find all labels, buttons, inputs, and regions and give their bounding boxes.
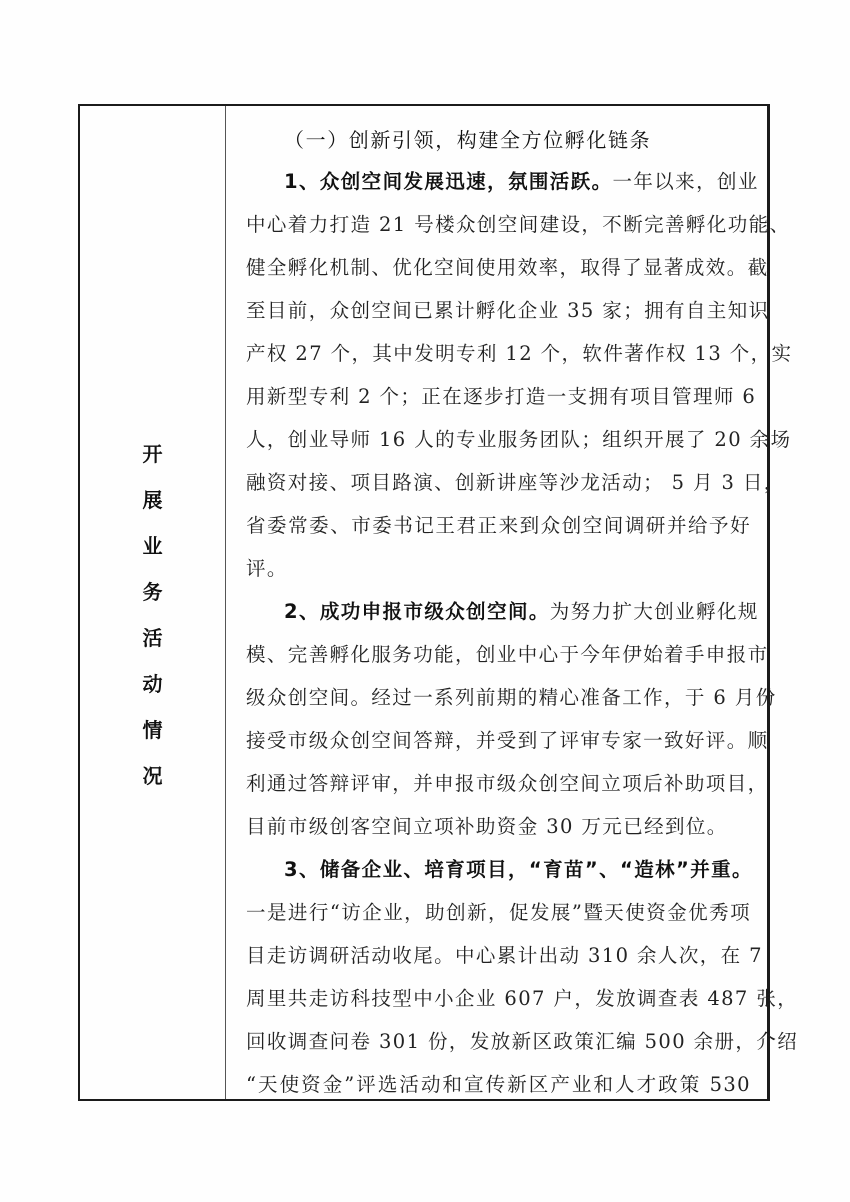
paragraph-line: 模、完善孵化服务功能，创业中心于今年伊始着手申报市 [246,639,751,667]
paragraph-line: 1、众创空间发展迅速，氛围活跃。一年以来，创业 [246,166,751,194]
row-label-char: 情 [143,707,163,753]
row-label-char: 展 [143,477,163,523]
paragraph-line: 至目前，众创空间已累计孵化企业 35 家；拥有自主知识 [246,295,751,323]
item-title: 3、储备企业、培育项目，“育苗”、“造林”并重。 [284,858,753,881]
content-cell: （一）创新引领，构建全方位孵化链条 1、众创空间发展迅速，氛围活跃。一年以来，创… [226,106,767,1099]
paragraph-line: 2、成功申报市级众创空间。为努力扩大创业孵化规 [246,596,751,624]
paragraph-line: 用新型专利 2 个；正在逐步打造一支拥有项目管理师 6 [246,381,751,409]
activity-table: 开 展 业 务 活 动 情 况 （一）创新引领，构建全方位孵化链条 1、众创空间… [78,104,770,1101]
row-label-vertical: 开 展 业 务 活 动 情 况 [80,431,225,799]
row-label-char: 活 [143,615,163,661]
paragraph-line: 中心着力打造 21 号楼众创空间建设，不断完善孵化功能、 [246,209,751,237]
row-label-char: 开 [143,431,163,477]
paragraph-line: 融资对接、项目路演、创新讲座等沙龙活动； 5 月 3 日， [246,467,751,495]
paragraph-line: 评。 [246,553,751,581]
row-label-char: 况 [143,753,163,799]
item-title: 2、成功申报市级众创空间。 [284,600,550,623]
paragraph-line: 省委常委、市委书记王君正来到众创空间调研并给予好 [246,510,751,538]
paragraph-line: 3、储备企业、培育项目，“育苗”、“造林”并重。 [246,854,751,882]
paragraph-line: 目走访调研活动收尾。中心累计出动 310 余人次，在 7 [246,940,751,968]
paragraph-line: 接受市级众创空间答辩，并受到了评审专家一致好评。顺 [246,725,751,753]
row-label-cell: 开 展 业 务 活 动 情 况 [80,106,225,1099]
paragraph-line: 周里共走访科技型中小企业 607 户，发放调查表 487 张， [246,983,751,1011]
paragraph-line: 健全孵化机制、优化空间使用效率，取得了显著成效。截 [246,252,751,280]
section-heading: （一）创新引领，构建全方位孵化链条 [246,124,751,153]
document-page: 开 展 业 务 活 动 情 况 （一）创新引领，构建全方位孵化链条 1、众创空间… [0,0,850,1202]
paragraph-line: 目前市级创客空间立项补助资金 30 万元已经到位。 [246,811,751,839]
paragraph-line: 人，创业导师 16 人的专业服务团队；组织开展了 20 余场 [246,424,751,452]
row-label-char: 务 [143,569,163,615]
paragraph-line: 级众创空间。经过一系列前期的精心准备工作，于 6 月份 [246,682,751,710]
item-title: 1、众创空间发展迅速，氛围活跃。 [284,170,612,193]
paragraph-line: 利通过答辩评审，并申报市级众创空间立项后补助项目， [246,768,751,796]
paragraph-line: “天使资金”评选活动和宣传新区产业和人才政策 530 [246,1069,751,1097]
paragraph-line: 产权 27 个，其中发明专利 12 个，软件著作权 13 个，实 [246,338,751,366]
row-label-char: 业 [143,523,163,569]
row-label-char: 动 [143,661,163,707]
paragraph-line: 一是进行“访企业，助创新，促发展”暨天使资金优秀项 [246,897,751,925]
paragraph-line: 回收调查问卷 301 份，发放新区政策汇编 500 余册，介绍 [246,1026,751,1054]
